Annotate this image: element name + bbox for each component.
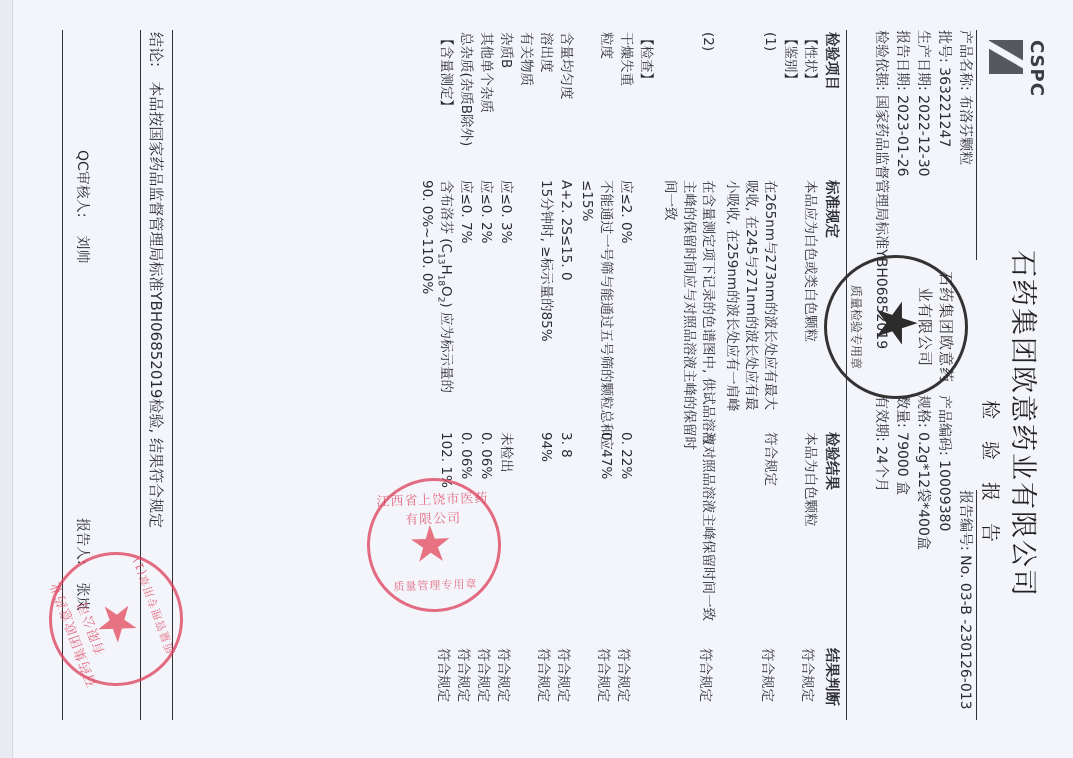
page-edge: [0, 0, 13, 758]
production-date-value: 2022-12-30: [915, 95, 931, 176]
row-standard-line: 15分钟时, ≥标示量的85%: [536, 180, 555, 342]
row-item: 有关物质: [516, 32, 535, 86]
spec-row: 规格: 0.2g*12袋*400盒: [912, 395, 933, 550]
report-date-label: 报告日期:: [894, 30, 910, 91]
row-standard-line: 不能通过一号筛与能通过五号筛的颗粒总和应: [596, 180, 615, 450]
row-standard-line: 应≤0. 2%: [476, 180, 495, 243]
row-item: 干燥失重: [616, 32, 635, 86]
row-item: 溶出度: [536, 32, 555, 73]
validity-value: 24个月: [873, 446, 889, 492]
row-item: 总杂质(杂质B除外): [456, 32, 475, 146]
qc-stamp-bottom-text: 质量检验专用章: [848, 278, 865, 376]
row-standard-line: A+2. 2S≤15. 0: [556, 180, 575, 281]
conclusion-label: 结论:: [147, 32, 165, 67]
production-date-label: 生产日期:: [915, 30, 931, 91]
product-code-label: 产品编码:: [936, 395, 952, 456]
batch-value: 363221247: [936, 67, 952, 147]
spec-value: 0.2g*12袋*400盒: [915, 432, 931, 550]
row-result: 0. 47%: [596, 432, 615, 479]
qc-reviewer-name: 刘帅: [74, 235, 90, 263]
logo-text: CSPC: [1026, 40, 1047, 97]
col-header-verdict: 结果判断: [822, 648, 843, 706]
row-verdict: 符合规定: [455, 648, 475, 702]
row-result: 94%: [536, 432, 555, 462]
row-verdict: 符合规定: [595, 648, 615, 702]
header-info-middle: 产品编码: 10009380 规格: 0.2g*12袋*400盒 数量: 790…: [870, 395, 954, 550]
row-verdict: 符合规定: [535, 648, 555, 702]
quantity-value: 79000 盒: [894, 432, 910, 495]
validity-row: 有效期: 24个月: [870, 395, 891, 550]
row-standard-line: ≤15%: [577, 180, 596, 221]
cspc-logo-icon: [989, 40, 1023, 74]
product-code-value: 10009380: [936, 460, 952, 531]
row-result: 3. 8: [556, 432, 575, 458]
row-item: 【含量测定】: [436, 32, 455, 113]
star-icon: ★: [867, 298, 923, 348]
row-item: (2): [698, 32, 717, 51]
row-item: 【鉴别】: [780, 32, 799, 86]
row-standard-line: 90. 0%~110. 0%: [417, 180, 436, 294]
row-item: 其他单个杂质: [476, 32, 495, 113]
conclusion-row: 结论: 本品按国家药品监督管理局标准YBH06852019检验, 结果符合规定: [146, 32, 167, 528]
row-standard-line: 吸收, 在245与271nm的波长处应有最: [741, 180, 760, 410]
report-title: 检验报告: [978, 400, 1005, 564]
col-header-standard: 标准规定: [822, 180, 843, 238]
table-top-rule: [846, 30, 847, 720]
row-verdict: 符合规定: [435, 648, 455, 702]
row-standard-line: 本品应为白色或类白色颗粒: [800, 180, 819, 342]
company-name: 石药集团欧意药业有限公司: [1006, 250, 1045, 598]
row-item: 含量均匀度: [556, 32, 575, 100]
row-verdict: 符合规定: [555, 648, 575, 702]
row-standard-line: 在含量测定项下记录的色谱图中, 供试品溶液: [698, 180, 717, 445]
product-name-value: 布洛芬颗粒: [957, 95, 973, 165]
row-standard-line: 间一致: [660, 180, 679, 221]
red-stamp-1-bottom-text: 质量管理专用章: [375, 575, 495, 595]
header-info-right: 报告编号: No. 03-B -230126-013: [954, 490, 975, 710]
row-item: 【检查】: [636, 32, 655, 86]
report-date-value: 2023-01-26: [894, 95, 910, 176]
col-header-result: 检验结果: [822, 432, 843, 490]
row-result: 0. 22%: [616, 432, 635, 479]
header-top-rule-right: [976, 490, 977, 720]
row-standard-line: 主峰的保留时间应与对照品溶液主峰的保留时: [679, 180, 698, 450]
row-result: 与对照品溶液主峰保留时间一致: [698, 432, 717, 621]
row-standard-line: 应≤0. 7%: [456, 180, 475, 243]
row-verdict: 符合规定: [475, 648, 495, 702]
inspection-report-page: CSPC 石药集团欧意药业有限公司 检验报告 产品名称: 布洛芬颗粒 批号: 3…: [0, 0, 1073, 758]
product-code-row: 产品编码: 10009380: [933, 395, 954, 550]
report-no-label: 报告编号:: [957, 490, 973, 551]
row-result: 本品为白色颗粒: [800, 432, 819, 527]
row-result: 未检出: [496, 432, 515, 473]
quantity-row: 数量: 79000 盒: [891, 395, 912, 550]
row-result: 符合规定: [760, 432, 779, 486]
product-name-label: 产品名称:: [957, 30, 973, 91]
qc-reviewer-row: QC审核人: 刘帅: [73, 150, 93, 263]
batch-label: 批号:: [936, 30, 952, 63]
report-no-row: 报告编号: No. 03-B -230126-013: [954, 490, 975, 710]
row-result: 0. 06%: [456, 432, 475, 479]
row-verdict: 符合规定: [495, 648, 515, 702]
row-verdict: 符合规定: [615, 648, 635, 702]
col-header-item: 检验项目: [822, 32, 843, 90]
row-item: 【性状】: [800, 32, 819, 86]
row-item: (1): [760, 32, 779, 51]
distributor-red-stamp: 江西省上饶市医药有限公司 ★ 质量管理专用章: [365, 476, 504, 615]
row-item: 粒度: [596, 32, 615, 59]
header-top-rule: [976, 30, 977, 260]
row-verdict: 符合规定: [799, 648, 819, 702]
star-icon: ★: [85, 593, 147, 652]
company-red-stamp: 石药集团欧意药业有限公司 ★ 质量管理专用章(1): [30, 533, 202, 705]
star-icon: ★: [407, 518, 454, 570]
row-verdict: 符合规定: [697, 648, 717, 702]
row-verdict: 符合规定: [759, 648, 779, 702]
row-item: 杂质B: [496, 32, 515, 68]
spec-label: 规格:: [915, 395, 931, 428]
basis-label: 检验依据:: [873, 30, 889, 91]
report-no-value: No. 03-B -230126-013: [957, 555, 973, 709]
row-standard-line: 小吸收, 在259nm的波长处应有一肩峰: [722, 180, 741, 412]
validity-label: 有效期:: [873, 395, 889, 442]
row-standard-line: 在265nm与273nm的波长处应有最大: [760, 180, 779, 410]
conclusion-text: 本品按国家药品监督管理局标准YBH06852019检验, 结果符合规定: [147, 81, 165, 528]
qc-reviewer-label: QC审核人:: [74, 150, 90, 218]
company-logo: CSPC: [987, 40, 1057, 110]
row-standard-line: 应≤0. 3%: [496, 180, 515, 243]
row-standard-line: 应≤2. 0%: [616, 180, 635, 243]
row-result: 0. 06%: [476, 432, 495, 479]
quantity-label: 数量:: [894, 395, 910, 428]
